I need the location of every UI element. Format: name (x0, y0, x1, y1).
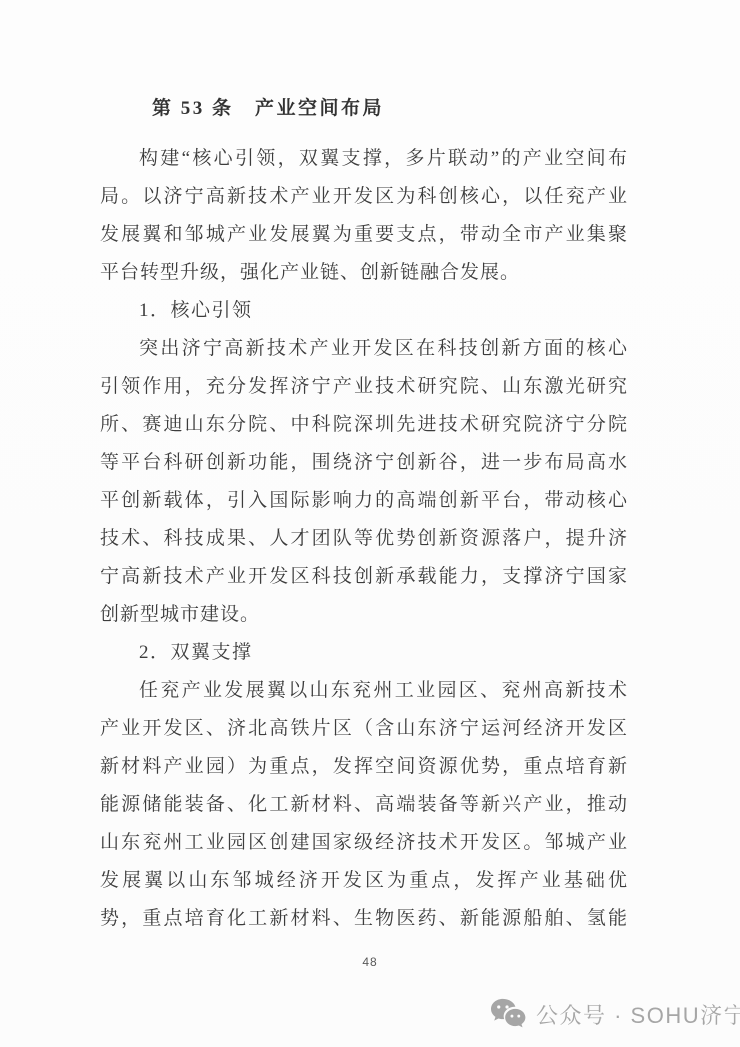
paragraph-line: 任兖产业发展翼以山东兖州工业园区、兖州高新技术 (100, 672, 627, 710)
section-heading: 第 53 条 产业空间布局 (152, 95, 384, 123)
paragraph-line: 构建“核心引领，双翼支撑，多片联动”的产业空间布 (100, 140, 627, 178)
wechat-icon (489, 997, 527, 1031)
watermark: 公众号 · SOHU济宁 (489, 994, 740, 1034)
document-body: 构建“核心引领，双翼支撑，多片联动”的产业空间布局。以济宁高新技术产业开发区为科… (100, 140, 627, 938)
watermark-text: 公众号 · SOHU济宁 (536, 999, 740, 1030)
paragraph-line: 平创新载体，引入国际影响力的高端创新平台，带动核心 (100, 482, 627, 520)
paragraph-line: 等平台科研创新功能，围绕济宁创新谷，进一步布局高水 (100, 444, 627, 482)
paragraph-line: 突出济宁高新技术产业开发区在科技创新方面的核心 (100, 330, 627, 368)
paragraph-line: 发展翼以山东邹城经济开发区为重点，发挥产业基础优 (100, 862, 627, 900)
subheading-line: 1．核心引领 (100, 292, 627, 330)
paragraph-line: 局。以济宁高新技术产业开发区为科创核心，以任兖产业 (100, 178, 627, 216)
paragraph-line: 发展翼和邹城产业发展翼为重要支点，带动全市产业集聚 (100, 216, 627, 254)
document-page: 第 53 条 产业空间布局 构建“核心引领，双翼支撑，多片联动”的产业空间布局。… (0, 0, 740, 1047)
subheading-line: 2．双翼支撑 (100, 634, 627, 672)
paragraph-line: 新材料产业园）为重点，发挥空间资源优势，重点培育新 (100, 748, 627, 786)
paragraph-line: 宁高新技术产业开发区科技创新承载能力，支撑济宁国家 (100, 558, 627, 596)
paragraph-line: 山东兖州工业园区创建国家级经济技术开发区。邹城产业 (100, 824, 627, 862)
paragraph-line: 技术、科技成果、人才团队等优势创新资源落户，提升济 (100, 520, 627, 558)
paragraph-line: 能源储能装备、化工新材料、高端装备等新兴产业，推动 (100, 786, 627, 824)
paragraph-line: 平台转型升级，强化产业链、创新链融合发展。 (100, 254, 627, 292)
paragraph-line: 产业开发区、济北高铁片区（含山东济宁运河经济开发区 (100, 710, 627, 748)
paragraph-line: 引领作用，充分发挥济宁产业技术研究院、山东激光研究 (100, 368, 627, 406)
paragraph-line: 势，重点培育化工新材料、生物医药、新能源船舶、氢能 (100, 900, 627, 938)
paragraph-line: 创新型城市建设。 (100, 596, 627, 634)
paragraph-line: 所、赛迪山东分院、中科院深圳先进技术研究院济宁分院 (100, 406, 627, 444)
page-number: 48 (0, 955, 740, 969)
